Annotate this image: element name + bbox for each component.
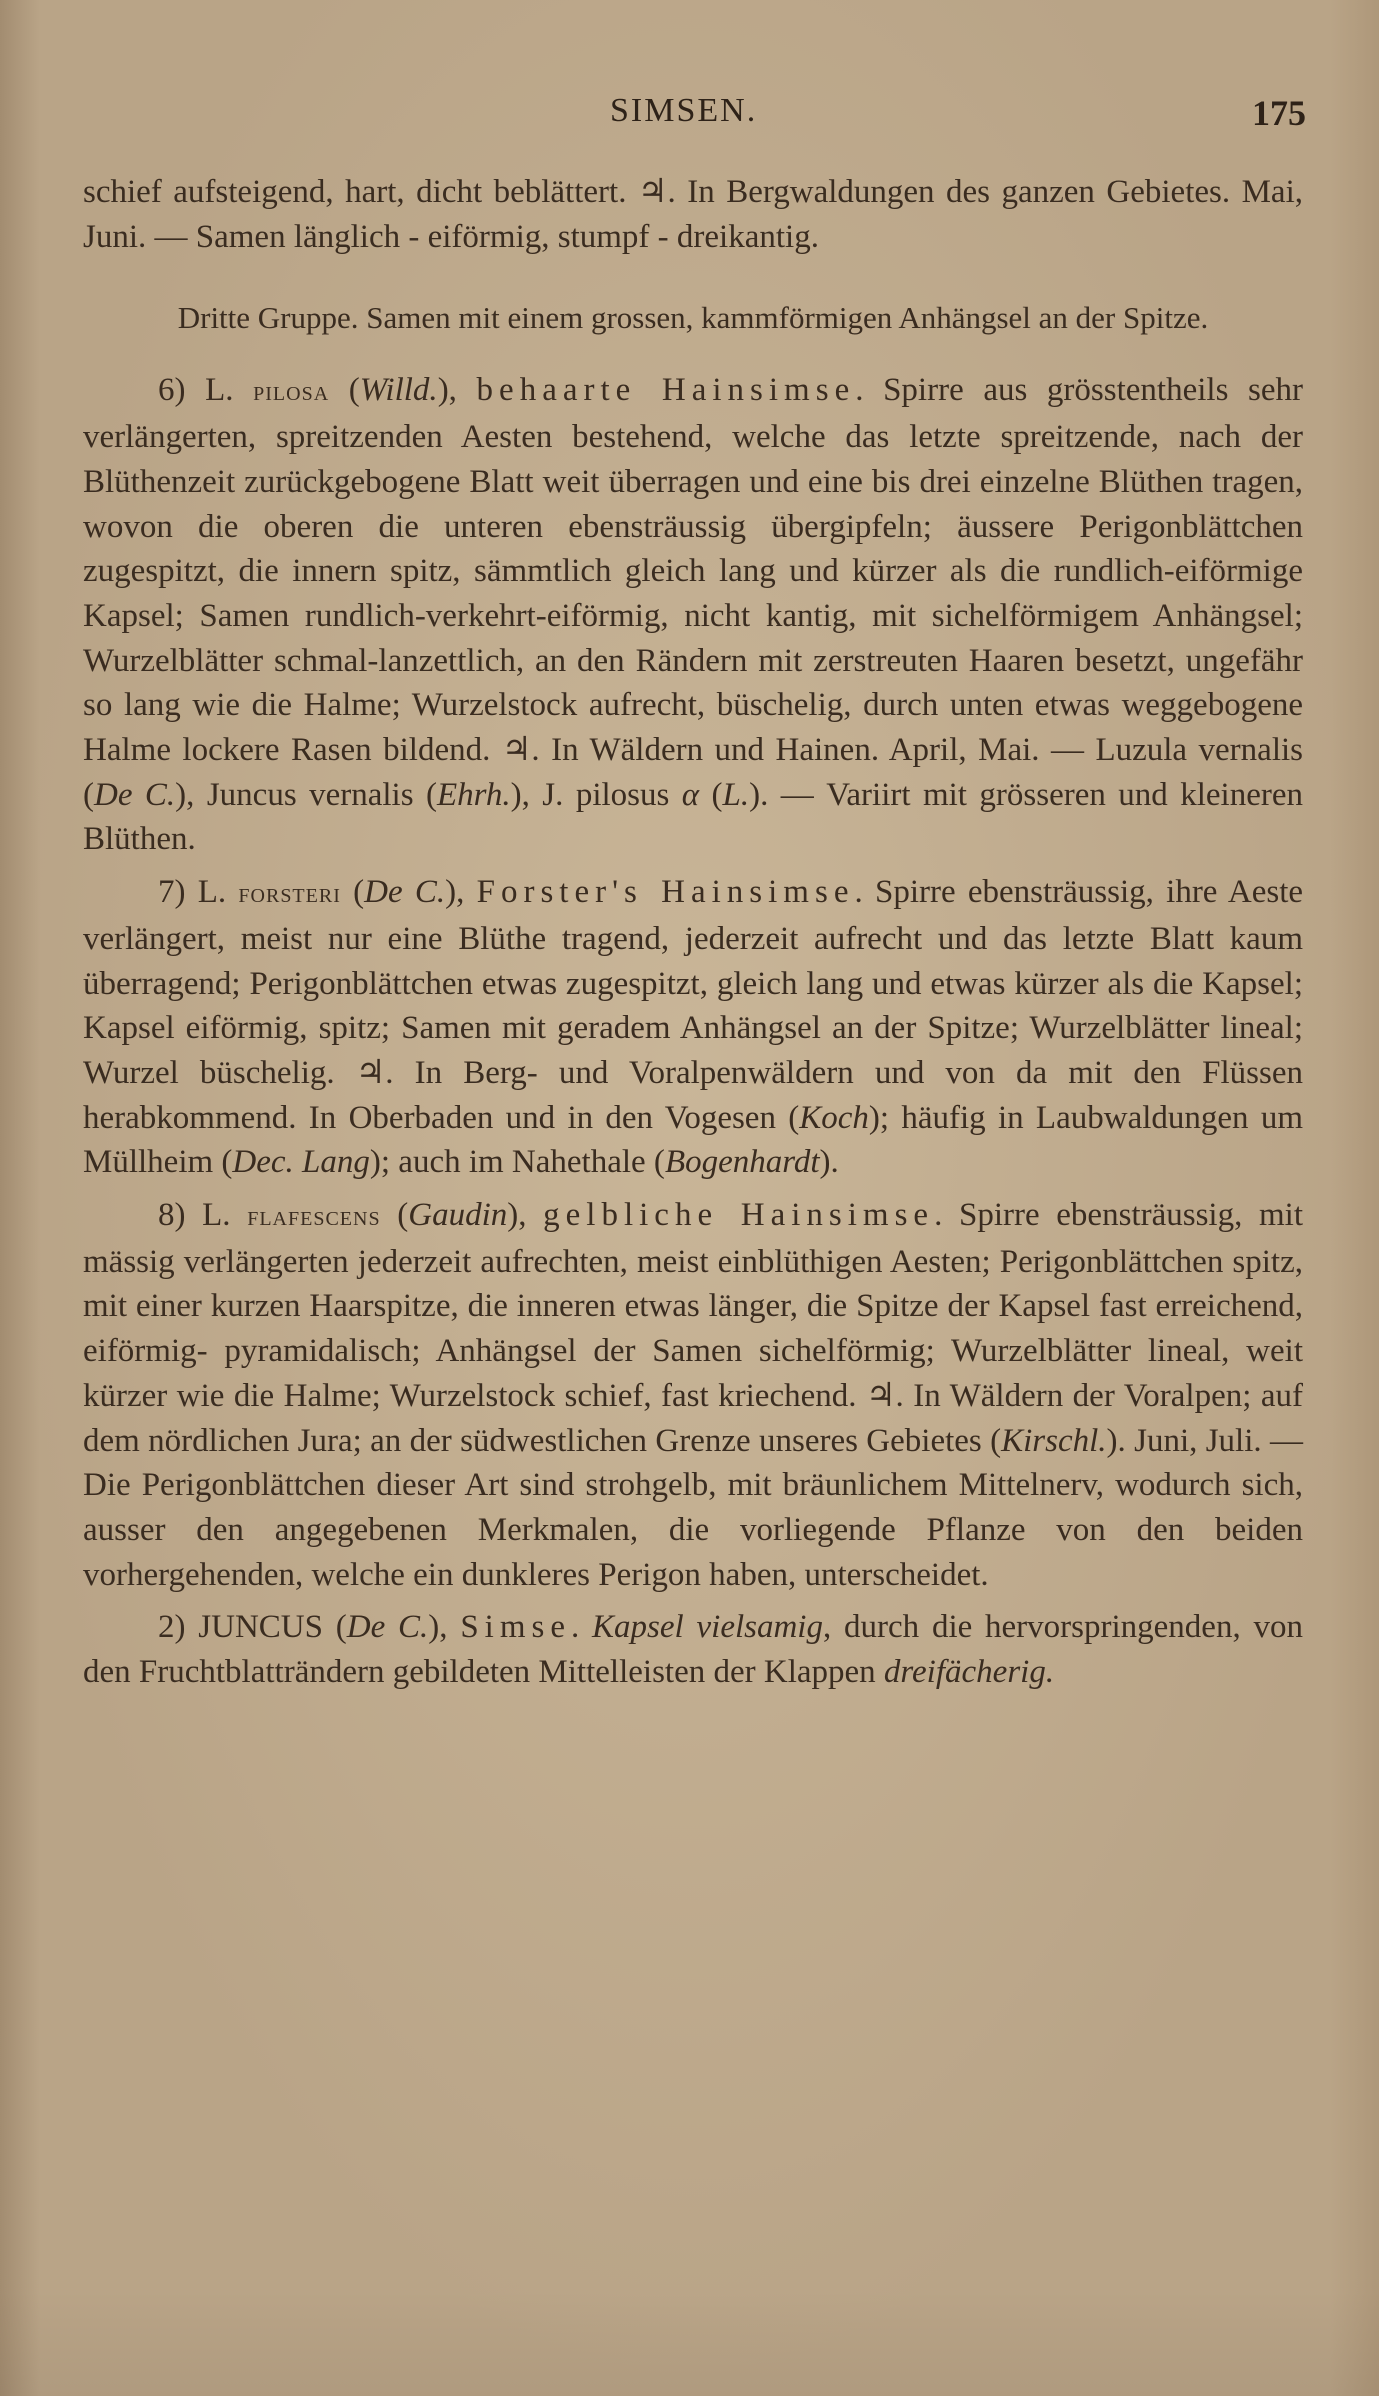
text-run: ), J. pilosus <box>511 777 682 813</box>
paragraph-species-7-luzula-forsteri: 7) L. forsteri (De C.), Forster's Hainsi… <box>83 870 1303 1185</box>
running-head: SIMSEN. 175 <box>0 92 1379 132</box>
text-run: ), Juncus vernalis ( <box>175 777 437 813</box>
italic-text: De C. <box>364 874 445 910</box>
italic-text: Ehrh. <box>437 777 511 813</box>
text-run: 6) L. <box>158 372 253 408</box>
running-title: SIMSEN. <box>610 92 757 130</box>
italic-text: Gaudin <box>408 1197 507 1233</box>
paragraph-species-8-luzula-flavescens: 8) L. flafescens (Gaudin), gelbliche Hai… <box>83 1193 1303 1597</box>
small-caps-name: forsteri <box>238 878 340 909</box>
italic-text: Koch <box>799 1100 869 1136</box>
text-run: . Spirre aus grösstentheils sehr verläng… <box>83 372 1303 812</box>
text-run: 7) L. <box>158 874 238 910</box>
italic-text: dreifächerig. <box>884 1654 1054 1690</box>
text-run: . Spirre ebensträussig, mit mässig verlä… <box>83 1197 1303 1459</box>
italic-text: De C. <box>347 1609 429 1645</box>
italic-text: Bogenhardt <box>665 1144 820 1180</box>
text-run: ), <box>507 1197 543 1233</box>
text-run: . <box>571 1609 592 1645</box>
text-run: ), <box>445 874 477 910</box>
page-number: 175 <box>1252 92 1306 134</box>
spaced-common-name: Forster's Hainsimse <box>477 874 855 910</box>
spaced-common-name: behaarte Hainsimse <box>477 372 856 408</box>
spaced-common-name: Simse <box>460 1609 571 1645</box>
text-run: ), <box>438 372 477 408</box>
text-run: ( <box>329 372 360 408</box>
small-caps-name: pilosa <box>253 376 329 407</box>
italic-text: De C. <box>94 777 175 813</box>
paragraph-continuation: schief aufsteigend, hart, dicht beblätte… <box>83 170 1303 259</box>
group-heading: Dritte Gruppe. Samen mit einem grossen, … <box>83 297 1303 338</box>
italic-text: α <box>682 777 699 813</box>
text-run: ( <box>381 1197 409 1233</box>
body-text: schief aufsteigend, hart, dicht beblätte… <box>83 170 1303 1695</box>
paragraph-genus-2-juncus: 2) JUNCUS (De C.), Simse. Kapsel vielsam… <box>83 1605 1303 1694</box>
text-run: ( <box>699 777 722 813</box>
italic-text: Dec. Lang <box>232 1144 369 1180</box>
page-bottom-shading <box>0 2290 1379 2396</box>
text-run: ); auch im Nahethale ( <box>370 1144 665 1180</box>
text-run: schief aufsteigend, hart, dicht beblätte… <box>83 174 1303 255</box>
text-run: 2) JUNCUS ( <box>158 1609 347 1645</box>
italic-text: Kapsel vielsamig <box>592 1609 823 1645</box>
text-run: ( <box>341 874 364 910</box>
text-run: ), <box>428 1609 460 1645</box>
italic-text: Willd. <box>360 372 438 408</box>
italic-text: Kirschl. <box>1001 1423 1106 1459</box>
paragraph-species-6-luzula-pilosa: 6) L. pilosa (Willd.), behaarte Hainsims… <box>83 368 1303 862</box>
text-run: Dritte Gruppe. Samen mit einem grossen, … <box>178 300 1209 335</box>
text-run: 8) L. <box>158 1197 247 1233</box>
italic-text: L. <box>723 777 750 813</box>
small-caps-name: flafescens <box>247 1201 380 1232</box>
text-run: ). <box>820 1144 839 1180</box>
spaced-common-name: gelbliche Hainsimse <box>543 1197 934 1233</box>
text-run: . Spirre ebensträussig, ihre Aeste verlä… <box>83 874 1303 1136</box>
book-page: SIMSEN. 175 schief aufsteigend, hart, di… <box>0 0 1379 2396</box>
